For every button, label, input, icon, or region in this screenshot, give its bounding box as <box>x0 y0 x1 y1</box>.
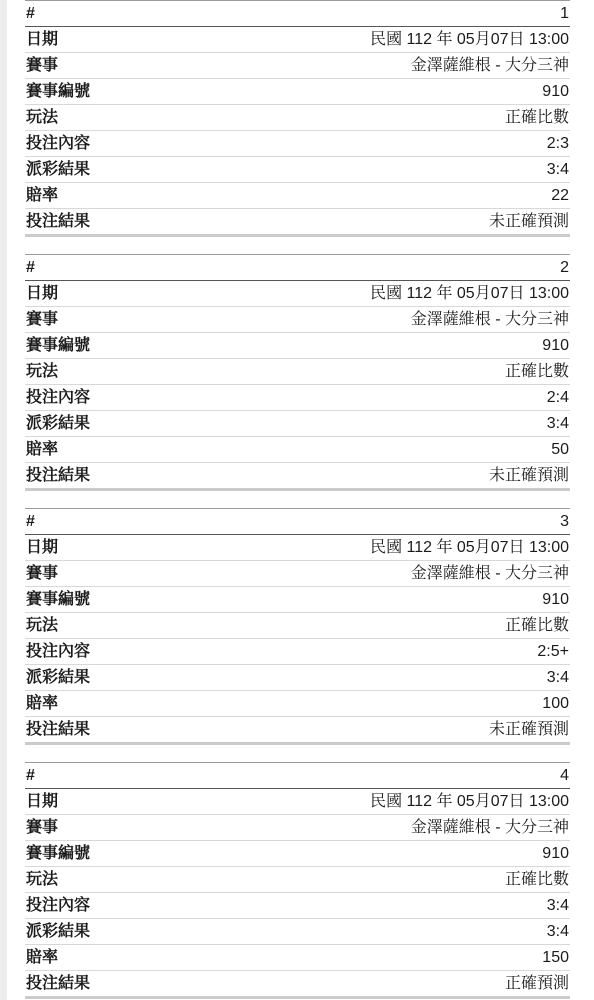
row-label: 日期 <box>25 535 160 561</box>
row-label: # <box>25 763 160 789</box>
payout-result-value: 3:4 <box>160 665 570 691</box>
row-label: 賠率 <box>25 691 160 717</box>
match-row: 賽事 金澤薩維根 - 大分三神 <box>25 53 570 79</box>
match-id-value: 910 <box>160 587 570 613</box>
index-row: # 3 <box>25 509 570 535</box>
match-id-row: 賽事編號 910 <box>25 333 570 359</box>
payout-result-row: 派彩結果 3:4 <box>25 157 570 183</box>
date-row: 日期 民國 112 年 05月07日 13:00 <box>25 281 570 307</box>
row-label: 派彩結果 <box>25 157 160 183</box>
date-value: 民國 112 年 05月07日 13:00 <box>160 535 570 561</box>
row-label: 賠率 <box>25 183 160 209</box>
odds-row: 賠率 150 <box>25 945 570 971</box>
row-label: 玩法 <box>25 867 160 893</box>
row-label: 賽事編號 <box>25 841 160 867</box>
bet-record: # 3 日期 民國 112 年 05月07日 13:00 賽事 金澤薩維根 - … <box>25 508 570 745</box>
bet-record: # 4 日期 民國 112 年 05月07日 13:00 賽事 金澤薩維根 - … <box>25 762 570 999</box>
date-value: 民國 112 年 05月07日 13:00 <box>160 281 570 307</box>
odds-value: 100 <box>160 691 570 717</box>
index-value: 3 <box>160 509 570 535</box>
odds-row: 賠率 50 <box>25 437 570 463</box>
row-label: 賽事編號 <box>25 79 160 105</box>
row-label: 投注結果 <box>25 717 160 744</box>
row-label: 玩法 <box>25 105 160 131</box>
match-id-row: 賽事編號 910 <box>25 587 570 613</box>
row-label: # <box>25 509 160 535</box>
odds-value: 150 <box>160 945 570 971</box>
match-row: 賽事 金澤薩維根 - 大分三神 <box>25 815 570 841</box>
payout-result-value: 3:4 <box>160 157 570 183</box>
row-label: 賠率 <box>25 437 160 463</box>
bet-content-value: 3:4 <box>160 893 570 919</box>
row-label: 投注結果 <box>25 209 160 236</box>
row-label: 玩法 <box>25 359 160 385</box>
bet-content-value: 2:3 <box>160 131 570 157</box>
payout-result-row: 派彩結果 3:4 <box>25 411 570 437</box>
index-row: # 2 <box>25 255 570 281</box>
payout-result-value: 3:4 <box>160 411 570 437</box>
bet-result-value: 未正確預測 <box>160 717 570 744</box>
odds-value: 50 <box>160 437 570 463</box>
play-type-value: 正確比數 <box>160 867 570 893</box>
row-label: 派彩結果 <box>25 919 160 945</box>
date-row: 日期 民國 112 年 05月07日 13:00 <box>25 535 570 561</box>
match-value: 金澤薩維根 - 大分三神 <box>160 815 570 841</box>
payout-result-value: 3:4 <box>160 919 570 945</box>
bet-content-row: 投注內容 2:5+ <box>25 639 570 665</box>
odds-row: 賠率 100 <box>25 691 570 717</box>
row-label: # <box>25 1 160 27</box>
bet-record: # 1 日期 民國 112 年 05月07日 13:00 賽事 金澤薩維根 - … <box>25 0 570 237</box>
date-value: 民國 112 年 05月07日 13:00 <box>160 27 570 53</box>
bet-result-value: 正確預測 <box>160 971 570 998</box>
bet-content-row: 投注內容 2:3 <box>25 131 570 157</box>
row-label: 日期 <box>25 27 160 53</box>
row-label: # <box>25 255 160 281</box>
row-label: 玩法 <box>25 613 160 639</box>
index-row: # 1 <box>25 1 570 27</box>
match-id-value: 910 <box>160 333 570 359</box>
row-label: 投注內容 <box>25 385 160 411</box>
bet-result-row: 投注結果 未正確預測 <box>25 209 570 236</box>
row-label: 賽事 <box>25 307 160 333</box>
row-label: 投注內容 <box>25 639 160 665</box>
match-id-value: 910 <box>160 79 570 105</box>
row-label: 賽事 <box>25 815 160 841</box>
bet-content-row: 投注內容 3:4 <box>25 893 570 919</box>
payout-result-row: 派彩結果 3:4 <box>25 919 570 945</box>
match-row: 賽事 金澤薩維根 - 大分三神 <box>25 307 570 333</box>
match-row: 賽事 金澤薩維根 - 大分三神 <box>25 561 570 587</box>
date-row: 日期 民國 112 年 05月07日 13:00 <box>25 789 570 815</box>
page-left-gutter <box>0 0 7 1000</box>
bet-content-value: 2:4 <box>160 385 570 411</box>
bet-history-list: # 1 日期 民國 112 年 05月07日 13:00 賽事 金澤薩維根 - … <box>25 0 570 999</box>
odds-row: 賠率 22 <box>25 183 570 209</box>
bet-result-value: 未正確預測 <box>160 209 570 236</box>
index-value: 2 <box>160 255 570 281</box>
row-label: 賽事 <box>25 53 160 79</box>
row-label: 日期 <box>25 281 160 307</box>
play-type-value: 正確比數 <box>160 359 570 385</box>
bet-result-value: 未正確預測 <box>160 463 570 490</box>
bet-result-row: 投注結果 正確預測 <box>25 971 570 998</box>
match-id-row: 賽事編號 910 <box>25 79 570 105</box>
odds-value: 22 <box>160 183 570 209</box>
row-label: 賠率 <box>25 945 160 971</box>
date-row: 日期 民國 112 年 05月07日 13:00 <box>25 27 570 53</box>
row-label: 賽事 <box>25 561 160 587</box>
play-type-row: 玩法 正確比數 <box>25 105 570 131</box>
row-label: 投注內容 <box>25 893 160 919</box>
bet-content-row: 投注內容 2:4 <box>25 385 570 411</box>
play-type-row: 玩法 正確比數 <box>25 359 570 385</box>
index-value: 1 <box>160 1 570 27</box>
match-id-value: 910 <box>160 841 570 867</box>
payout-result-row: 派彩結果 3:4 <box>25 665 570 691</box>
row-label: 派彩結果 <box>25 665 160 691</box>
match-value: 金澤薩維根 - 大分三神 <box>160 53 570 79</box>
row-label: 投注結果 <box>25 463 160 490</box>
match-value: 金澤薩維根 - 大分三神 <box>160 307 570 333</box>
row-label: 賽事編號 <box>25 587 160 613</box>
index-value: 4 <box>160 763 570 789</box>
date-value: 民國 112 年 05月07日 13:00 <box>160 789 570 815</box>
play-type-value: 正確比數 <box>160 105 570 131</box>
row-label: 投注內容 <box>25 131 160 157</box>
row-label: 日期 <box>25 789 160 815</box>
match-value: 金澤薩維根 - 大分三神 <box>160 561 570 587</box>
row-label: 賽事編號 <box>25 333 160 359</box>
index-row: # 4 <box>25 763 570 789</box>
match-id-row: 賽事編號 910 <box>25 841 570 867</box>
play-type-row: 玩法 正確比數 <box>25 867 570 893</box>
play-type-row: 玩法 正確比數 <box>25 613 570 639</box>
row-label: 投注結果 <box>25 971 160 998</box>
play-type-value: 正確比數 <box>160 613 570 639</box>
bet-result-row: 投注結果 未正確預測 <box>25 463 570 490</box>
row-label: 派彩結果 <box>25 411 160 437</box>
bet-record: # 2 日期 民國 112 年 05月07日 13:00 賽事 金澤薩維根 - … <box>25 254 570 491</box>
bet-result-row: 投注結果 未正確預測 <box>25 717 570 744</box>
bet-content-value: 2:5+ <box>160 639 570 665</box>
